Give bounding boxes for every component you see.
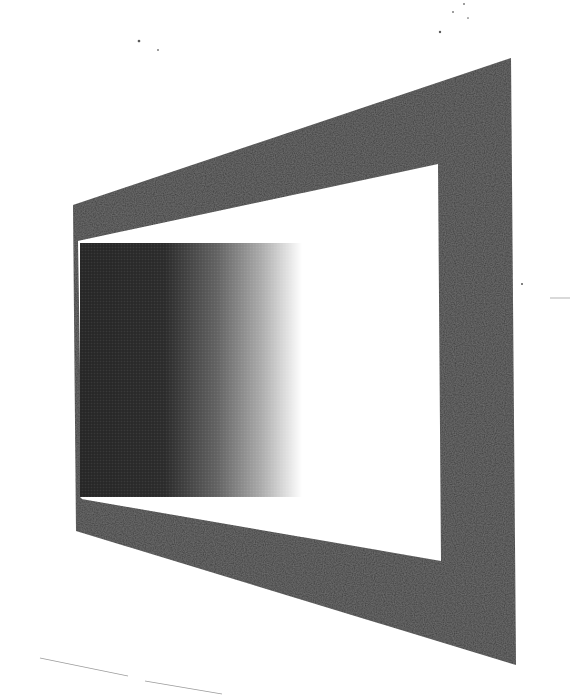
speck	[138, 40, 141, 43]
halftone-overlay	[80, 243, 302, 497]
speck	[463, 3, 465, 5]
halftone-perspective-figure	[0, 0, 576, 696]
speck	[439, 31, 441, 33]
speck	[467, 17, 469, 19]
speck	[452, 11, 454, 13]
speck	[521, 283, 523, 285]
speck	[157, 49, 159, 51]
